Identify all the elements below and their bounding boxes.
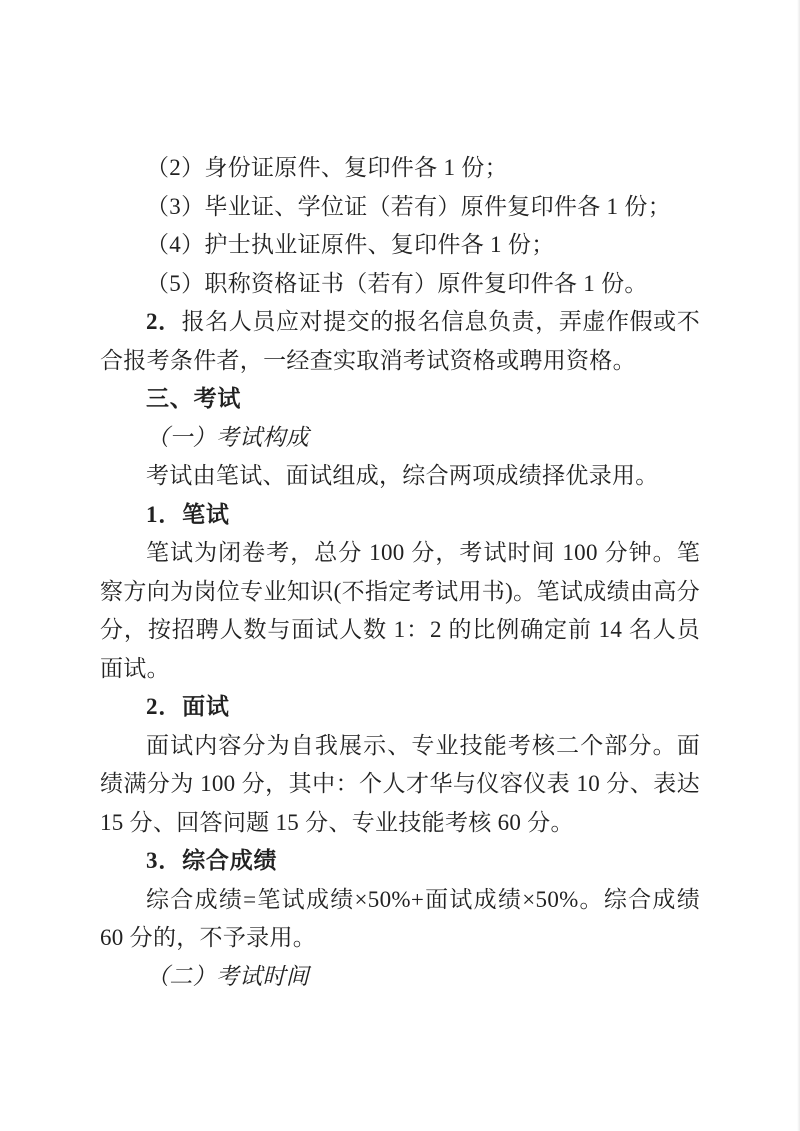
item-number: 2．	[146, 309, 182, 334]
section-heading-exam: 三、考试	[100, 380, 700, 419]
paragraph-written-test-line-1: 笔试为闭卷考，总分 100 分，考试时间 100 分钟。笔试考	[100, 534, 700, 573]
heading-interview: 2．面试	[100, 688, 700, 727]
document-page: （2）身份证原件、复印件各 1 份； （3）毕业证、学位证（若有）原件复印件各 …	[0, 0, 800, 1131]
list-item-3: （3）毕业证、学位证（若有）原件复印件各 1 份；	[100, 188, 700, 227]
heading-written-test: 1．笔试	[100, 496, 700, 535]
paragraph-written-test-line-4: 面试。	[100, 650, 700, 689]
paragraph-written-test-line-2: 察方向为岗位专业知识(不指定考试用书)。笔试成绩由高分到低	[100, 573, 700, 612]
paragraph-interview-line-3: 15 分、回答问题 15 分、专业技能考核 60 分。	[100, 804, 700, 843]
paragraph-text: 报名人员应对提交的报名信息负责，弄虚作假或不符	[100, 309, 700, 342]
list-item-4: （4）护士执业证原件、复印件各 1 份；	[100, 226, 700, 265]
document-text-block: （2）身份证原件、复印件各 1 份； （3）毕业证、学位证（若有）原件复印件各 …	[100, 149, 700, 996]
paragraph-composite-score-line-2: 60 分的，不予录用。	[100, 919, 700, 958]
paragraph-composite-score-line-1: 综合成绩=笔试成绩×50%+面试成绩×50%。综合成绩低于	[100, 881, 700, 920]
heading-composite-score: 3．综合成绩	[100, 842, 700, 881]
paragraph-interview-line-1: 面试内容分为自我展示、专业技能考核二个部分。面试成	[100, 727, 700, 766]
paragraph-registration-note-line-2: 合报考条件者，一经查实取消考试资格或聘用资格。	[100, 342, 700, 381]
paragraph-written-test-line-3: 分，按招聘人数与面试人数 1：2 的比例确定前 14 名人员进入	[100, 611, 700, 650]
paragraph-interview-line-2: 绩满分为 100 分，其中：个人才华与仪容仪表 10 分、表达能力	[100, 765, 700, 804]
paragraph-registration-note-line-1: 2．报名人员应对提交的报名信息负责，弄虚作假或不符	[100, 303, 700, 342]
subsection-heading-exam-time: （二）考试时间	[100, 958, 700, 997]
paragraph-exam-composition: 考试由笔试、面试组成，综合两项成绩择优录用。	[100, 457, 700, 496]
list-item-2: （2）身份证原件、复印件各 1 份；	[100, 149, 700, 188]
list-item-5: （5）职称资格证书（若有）原件复印件各 1 份。	[100, 265, 700, 304]
subsection-heading-exam-composition: （一）考试构成	[100, 419, 700, 458]
